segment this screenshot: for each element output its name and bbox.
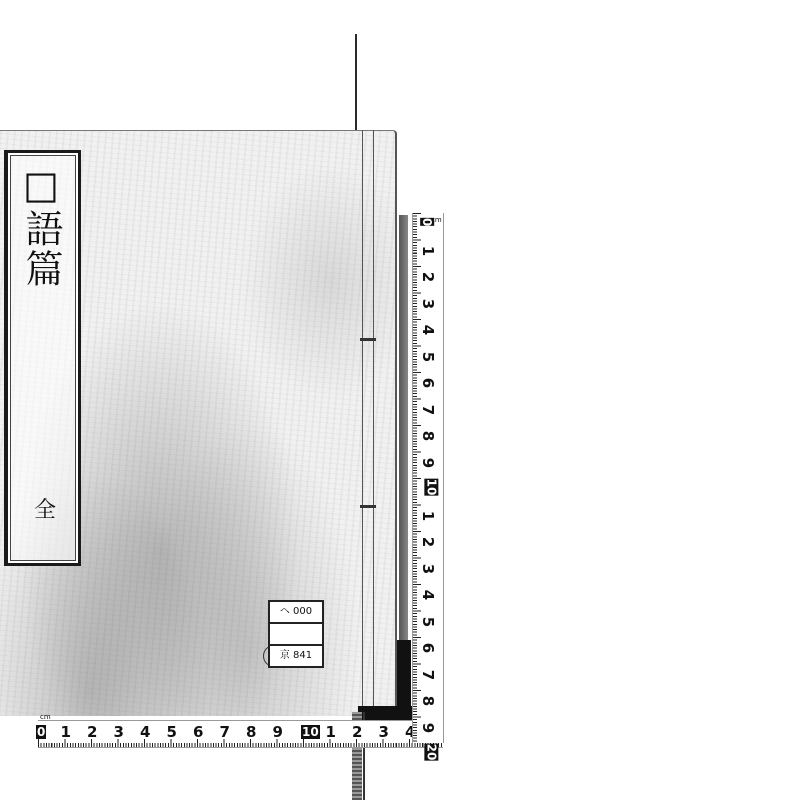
ruler-label: 0 — [36, 725, 46, 739]
binding-stitch — [360, 505, 376, 508]
library-call-number-label: ヘ 000 京 841 — [268, 600, 324, 668]
book-title: □語篇 — [18, 163, 66, 289]
ruler-label: 5 — [167, 723, 177, 741]
ruler-label: 8 — [419, 431, 437, 441]
ruler-label: 7 — [419, 669, 437, 679]
ruler-label: 1 — [326, 723, 336, 741]
ruler-label: 3 — [419, 563, 437, 573]
binding-thread-top — [355, 34, 357, 134]
ruler-label: 1 — [61, 723, 71, 741]
title-slip: □語篇 全 — [4, 150, 81, 566]
corner-shadow — [358, 706, 413, 720]
ruler-label: 9 — [419, 457, 437, 467]
ruler-unit-label: cm — [40, 713, 51, 721]
binding-strip — [362, 130, 374, 710]
ruler-label: 9 — [273, 723, 283, 741]
call-number-row — [270, 624, 322, 646]
ruler-label: 5 — [419, 351, 437, 361]
ruler-label: 10 — [424, 479, 438, 496]
ruler-label: 2 — [87, 723, 97, 741]
ruler-label: 2 — [419, 537, 437, 547]
binding-stitch — [360, 338, 376, 341]
ruler-label: 3 — [114, 723, 124, 741]
ruler-label: 6 — [193, 723, 203, 741]
ruler-label: 1 — [419, 245, 437, 255]
ruler-ticks — [413, 213, 421, 743]
ruler-label: 2 — [419, 272, 437, 282]
page-edge-shadow-dark — [397, 640, 411, 715]
ruler-label: 2 — [352, 723, 362, 741]
volume-mark: 全 — [34, 493, 56, 524]
ruler-label: 5 — [419, 616, 437, 626]
ruler-label: 6 — [419, 378, 437, 388]
ruler-label: 7 — [419, 404, 437, 414]
ruler-label: 6 — [419, 643, 437, 653]
ruler-label: 4 — [140, 723, 150, 741]
ruler-label: 10 — [301, 725, 320, 739]
ruler-label: 20 — [424, 744, 438, 761]
ruler-label: 4 — [419, 590, 437, 600]
ruler-label: 7 — [220, 723, 230, 741]
vertical-scale-ruler: 01234567891012345678920cm — [412, 213, 444, 743]
horizontal-scale-ruler: 0123456789101234cm — [38, 720, 443, 748]
call-number-row: ヘ 000 — [270, 602, 322, 624]
ruler-label: 3 — [419, 298, 437, 308]
ruler-label: 1 — [419, 510, 437, 520]
ruler-unit-label: cm — [431, 216, 442, 224]
ruler-label: 9 — [419, 722, 437, 732]
call-number-row: 京 841 — [270, 646, 322, 666]
ruler-label: 3 — [379, 723, 389, 741]
ruler-label: 4 — [419, 325, 437, 335]
ruler-label: 8 — [246, 723, 256, 741]
ruler-label: 8 — [419, 696, 437, 706]
